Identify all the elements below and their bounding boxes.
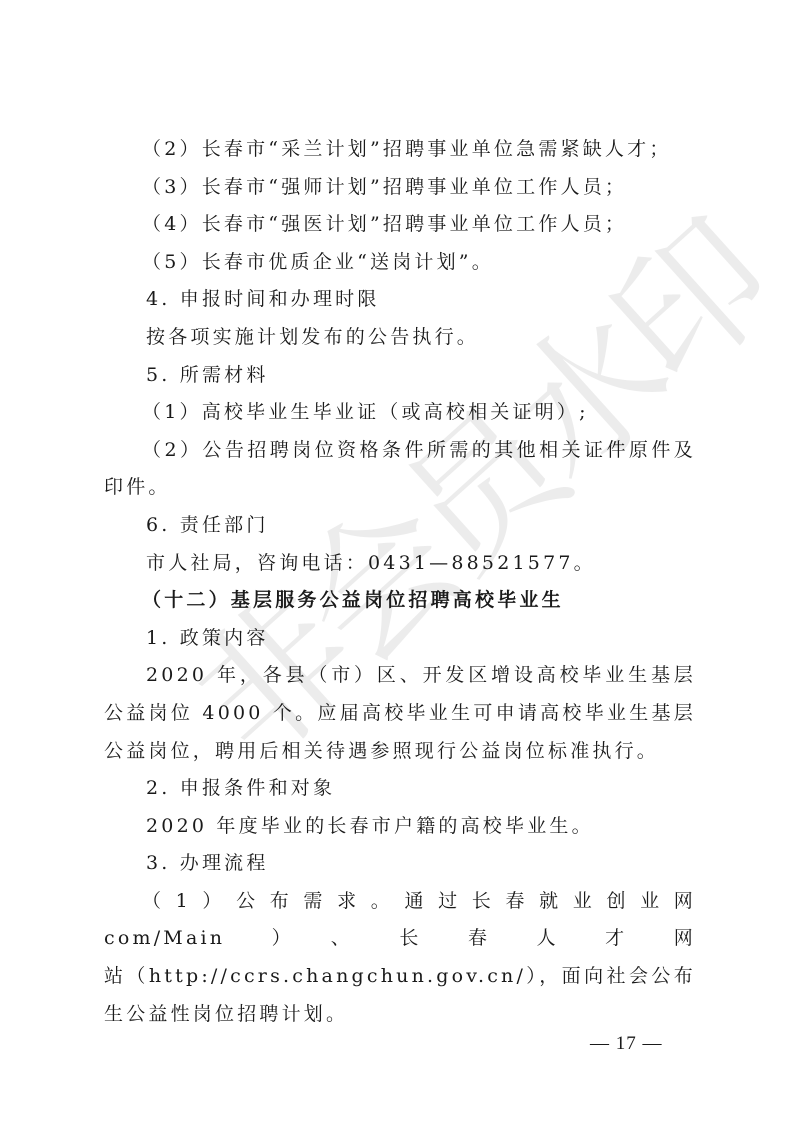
paragraph-process-line-2: com/Main）、长春人才网（https://www.ccrc.com.cn/… — [104, 920, 696, 958]
document-page: 非会员水印 （2）长春市“采兰计划”招聘事业单位急需紧缺人才； （3）长春市“强… — [0, 0, 793, 1122]
list-item-plan-2: （2）长春市“采兰计划”招聘事业单位急需紧缺人才； — [104, 131, 696, 169]
section-heading-eligibility: 2. 申报条件和对象 — [104, 770, 696, 808]
list-item-plan-3: （3）长春市“强师计划”招聘事业单位工作人员； — [104, 169, 696, 207]
paragraph-policy-line-1: 2020 年，各县（市）区、开发区增设高校毕业生基层服务 — [104, 657, 696, 695]
list-item-plan-4: （4）长春市“强医计划”招聘事业单位工作人员； — [104, 206, 696, 244]
section-heading-materials: 5. 所需材料 — [104, 357, 696, 395]
list-item-material-2-continued: 印件。 — [104, 469, 696, 507]
chapter-heading-12: （十二）基层服务公益岗位招聘高校毕业生 — [104, 582, 696, 620]
list-item-plan-5: （5）长春市优质企业“送岗计划”。 — [104, 244, 696, 282]
paragraph-contact-phone: 市人社局，咨询电话：0431—88521577。 — [104, 545, 696, 583]
paragraph-process-line-4: 生公益性岗位招聘计划。 — [104, 996, 696, 1034]
list-item-material-2: （2）公告招聘岗位资格条件所需的其他相关证件原件及复 — [104, 432, 696, 470]
document-body: （2）长春市“采兰计划”招聘事业单位急需紧缺人才； （3）长春市“强师计划”招聘… — [104, 131, 696, 1033]
paragraph-process-line-3: 站（http://ccrs.changchun.gov.cn/），面向社会公布长… — [104, 958, 696, 996]
section-heading-application-time: 4. 申报时间和办理时限 — [104, 281, 696, 319]
paragraph-eligibility: 2020 年度毕业的长春市户籍的高校毕业生。 — [104, 808, 696, 846]
paragraph-policy-line-3: 公益岗位，聘用后相关待遇参照现行公益岗位标准执行。 — [104, 733, 696, 771]
section-heading-department: 6. 责任部门 — [104, 507, 696, 545]
paragraph-policy-line-2: 公益岗位 4000 个。应届高校毕业生可申请高校毕业生基层服务 — [104, 695, 696, 733]
section-heading-policy: 1. 政策内容 — [104, 620, 696, 658]
section-heading-process: 3. 办理流程 — [104, 845, 696, 883]
paragraph-process-line-1: （1）公布需求。通过长春就业创业网（http://www.cchrnet. — [104, 883, 696, 921]
page-number: — 17 — — [590, 1033, 663, 1055]
paragraph-application-time: 按各项实施计划发布的公告执行。 — [104, 319, 696, 357]
list-item-material-1: （1）高校毕业生毕业证（或高校相关证明）; — [104, 394, 696, 432]
